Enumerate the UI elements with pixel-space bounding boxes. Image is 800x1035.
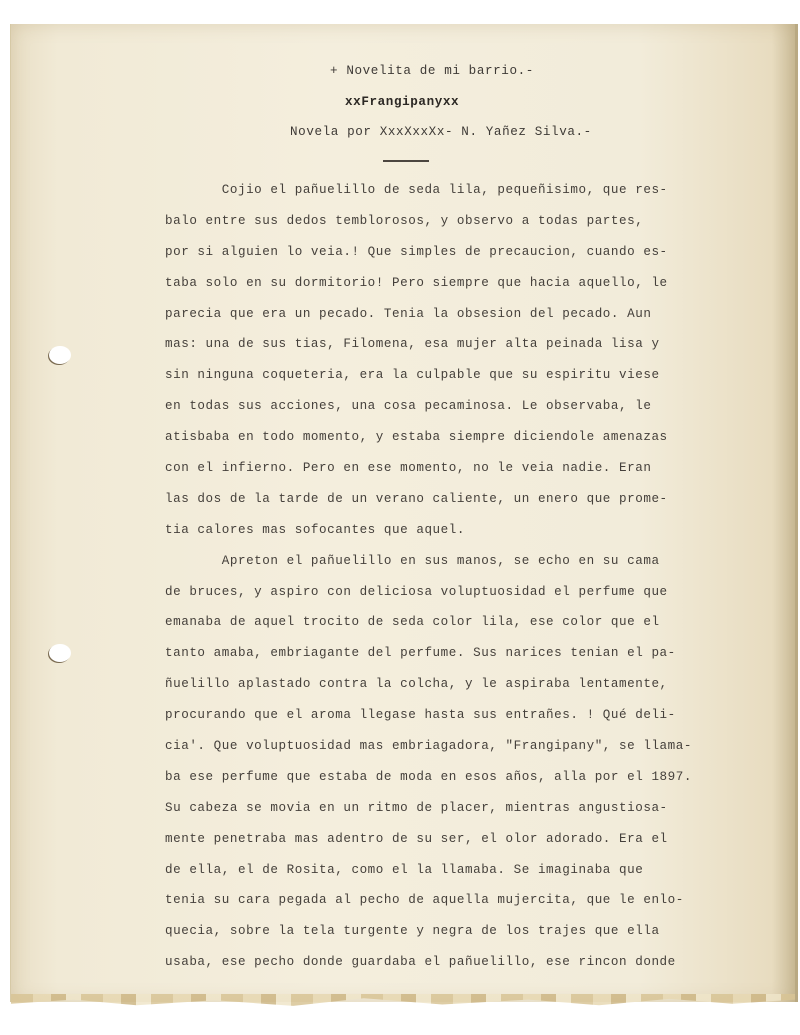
text-line: tia calores mas sofocantes que aquel. (165, 523, 692, 554)
text-line: cia'. Que voluptuosidad mas embriagadora… (165, 739, 692, 770)
text-line: de bruces, y aspiro con deliciosa volupt… (165, 585, 692, 616)
text-line: mas: una de sus tias, Filomena, esa muje… (165, 337, 692, 368)
text-line: ba ese perfume que estaba de moda en eso… (165, 770, 692, 801)
text-line: taba solo en su dormitorio! Pero siempre… (165, 276, 692, 307)
punch-hole-bottom (49, 644, 71, 662)
text-line: por si alguien lo veia.! Que simples de … (165, 245, 692, 276)
text-line: tanto amaba, embriagante del perfume. Su… (165, 646, 692, 677)
text-line: tenia su cara pegada al pecho de aquella… (165, 893, 692, 924)
text-line: Cojio el pañuelillo de seda lila, pequeñ… (165, 183, 692, 214)
text-line: Apreton el pañuelillo en sus manos, se e… (165, 554, 692, 585)
text-line: quecia, sobre la tela turgente y negra d… (165, 924, 692, 955)
text-line: sin ninguna coqueteria, era la culpable … (165, 368, 692, 399)
text-line: Su cabeza se movia en un ritmo de placer… (165, 801, 692, 832)
text-line: balo entre sus dedos temblorosos, y obse… (165, 214, 692, 245)
header-subtitle: + Novelita de mi barrio.- (330, 64, 534, 78)
text-line: parecia que era un pecado. Tenia la obse… (165, 307, 692, 338)
header-title: xxFrangipanyxx (345, 95, 459, 109)
body-text: Cojio el pañuelillo de seda lila, pequeñ… (165, 183, 692, 986)
text-line: emanaba de aquel trocito de seda color l… (165, 615, 692, 646)
text-line: mente penetraba mas adentro de su ser, e… (165, 832, 692, 863)
text-line: usaba, ese pecho donde guardaba el pañue… (165, 955, 692, 986)
title-divider (383, 160, 429, 162)
text-line: ñuelillo aplastado contra la colcha, y l… (165, 677, 692, 708)
text-line: con el infierno. Pero en ese momento, no… (165, 461, 692, 492)
text-line: en todas sus acciones, una cosa pecamino… (165, 399, 692, 430)
text-line: de ella, el de Rosita, como el la llamab… (165, 863, 692, 894)
header-author: Novela por XxxXxxXx- N. Yañez Silva.- (290, 125, 592, 139)
text-line: procurando que el aroma llegase hasta su… (165, 708, 692, 739)
text-line: atisbaba en todo momento, y estaba siemp… (165, 430, 692, 461)
text-line: las dos de la tarde de un verano calient… (165, 492, 692, 523)
punch-hole-top (49, 346, 71, 364)
